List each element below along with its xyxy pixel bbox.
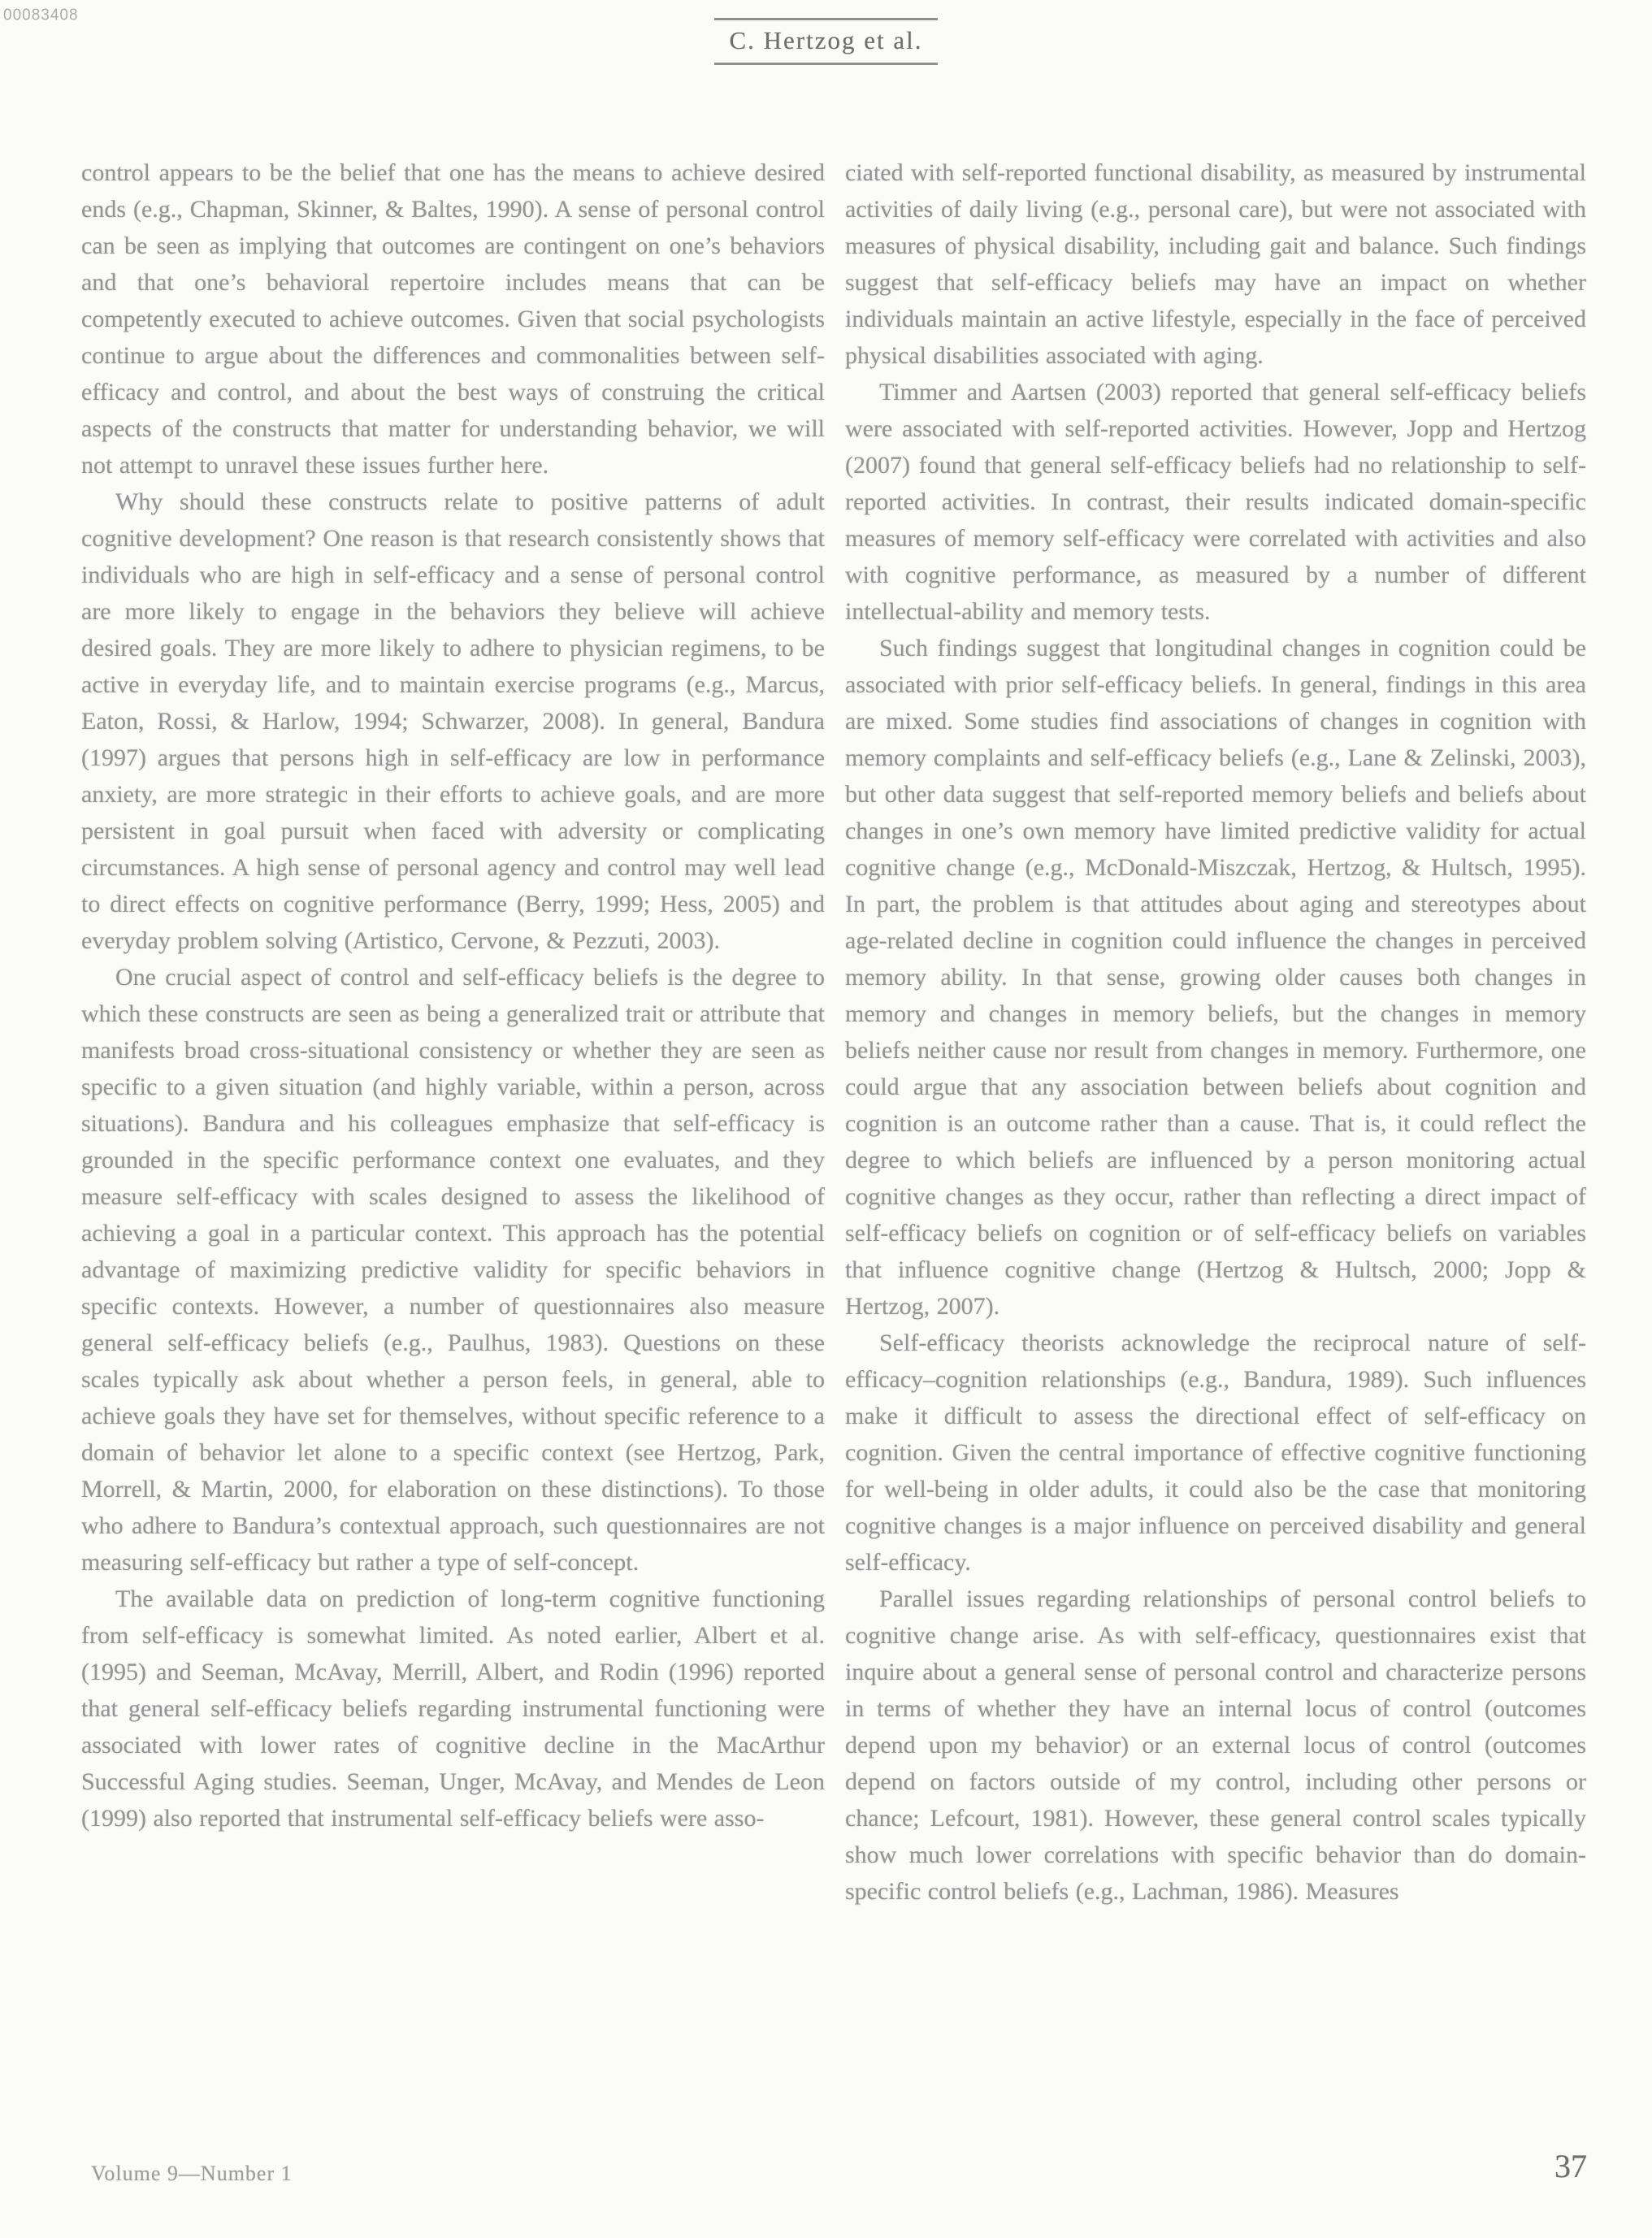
paragraph: Self-efficacy theorists acknowledge the … <box>845 1325 1586 1581</box>
paragraph: ciated with self-reported functional dis… <box>845 154 1586 374</box>
running-head-text: C. Hertzog et al. <box>714 18 937 65</box>
paragraph: Parallel issues regarding relationships … <box>845 1581 1586 1910</box>
page-number: 37 <box>1554 2147 1587 2185</box>
journal-page: 00083408 C. Hertzog et al. control appea… <box>0 0 1652 2238</box>
volume-number: Volume 9—Number 1 <box>91 2162 293 2186</box>
left-column: control appears to be the belief that on… <box>81 154 825 1837</box>
paragraph: control appears to be the belief that on… <box>81 154 825 484</box>
paragraph: One crucial aspect of control and self-e… <box>81 959 825 1581</box>
paragraph: The available data on prediction of long… <box>81 1581 825 1837</box>
right-column: ciated with self-reported functional dis… <box>845 154 1586 1910</box>
paragraph: Why should these constructs relate to po… <box>81 484 825 959</box>
paragraph: Such findings suggest that longitudinal … <box>845 630 1586 1325</box>
paragraph: Timmer and Aartsen (2003) reported that … <box>845 374 1586 630</box>
running-head: C. Hertzog et al. <box>0 18 1652 65</box>
